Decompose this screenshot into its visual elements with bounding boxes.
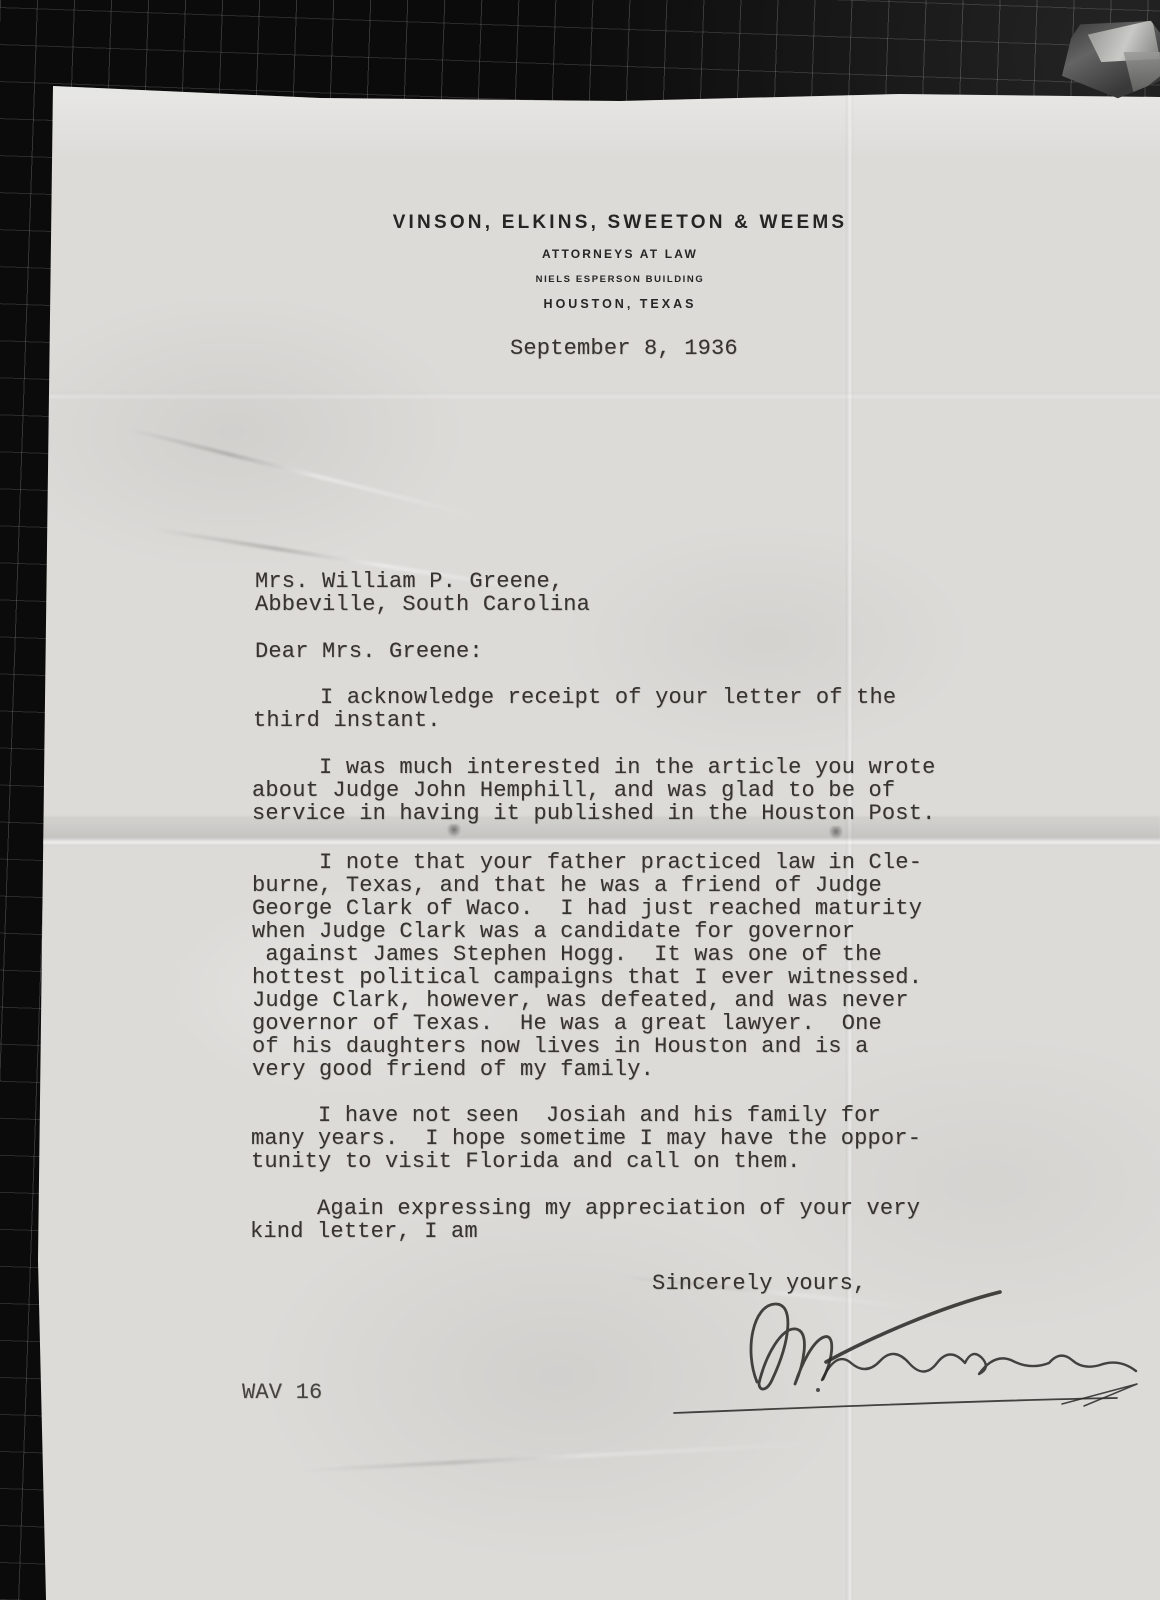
signature-initials-stroke <box>751 1304 832 1389</box>
body-paragraph-1: I acknowledge receipt of your letter of … <box>253 686 896 732</box>
signature-underline-flourish <box>1062 1384 1137 1406</box>
paper-wrinkle <box>300 1441 819 1472</box>
salutation: Dear Mrs. Greene: <box>255 640 483 663</box>
paper-wrinkle <box>125 427 475 518</box>
reference-initials: WAV 16 <box>242 1381 322 1404</box>
handwritten-signature <box>660 1280 1150 1420</box>
fold-notch <box>446 824 462 838</box>
city-line: HOUSTON, TEXAS <box>220 297 1020 311</box>
signature-underline <box>674 1398 1117 1413</box>
body-paragraph-3: I note that your father practiced law in… <box>252 851 922 1081</box>
signature-pen-dot <box>816 1388 820 1392</box>
attorneys-at-law-line: ATTORNEYS AT LAW <box>220 247 1020 261</box>
date-line: September 8, 1936 <box>510 337 738 360</box>
body-paragraph-2: I was much interested in the article you… <box>252 756 936 825</box>
upper-fold-crease <box>38 392 1160 400</box>
letter-paper: VINSON, ELKINS, SWEETON & WEEMS ATTORNEY… <box>0 0 1160 1600</box>
firm-name: VINSON, ELKINS, SWEETON & WEEMS <box>220 212 1020 234</box>
recipient-address: Mrs. William P. Greene, Abbeville, South… <box>255 570 590 616</box>
scanned-letter-photo: VINSON, ELKINS, SWEETON & WEEMS ATTORNEY… <box>0 0 1160 1600</box>
fold-notch <box>828 826 844 840</box>
signature-surname-stroke <box>822 1354 1136 1380</box>
body-paragraph-4: I have not seen Josiah and his family fo… <box>251 1104 921 1173</box>
body-paragraph-5: Again expressing my appreciation of your… <box>250 1197 920 1243</box>
building-line: NIELS ESPERSON BUILDING <box>220 274 1020 285</box>
signature-flourish-stroke <box>826 1292 1000 1362</box>
